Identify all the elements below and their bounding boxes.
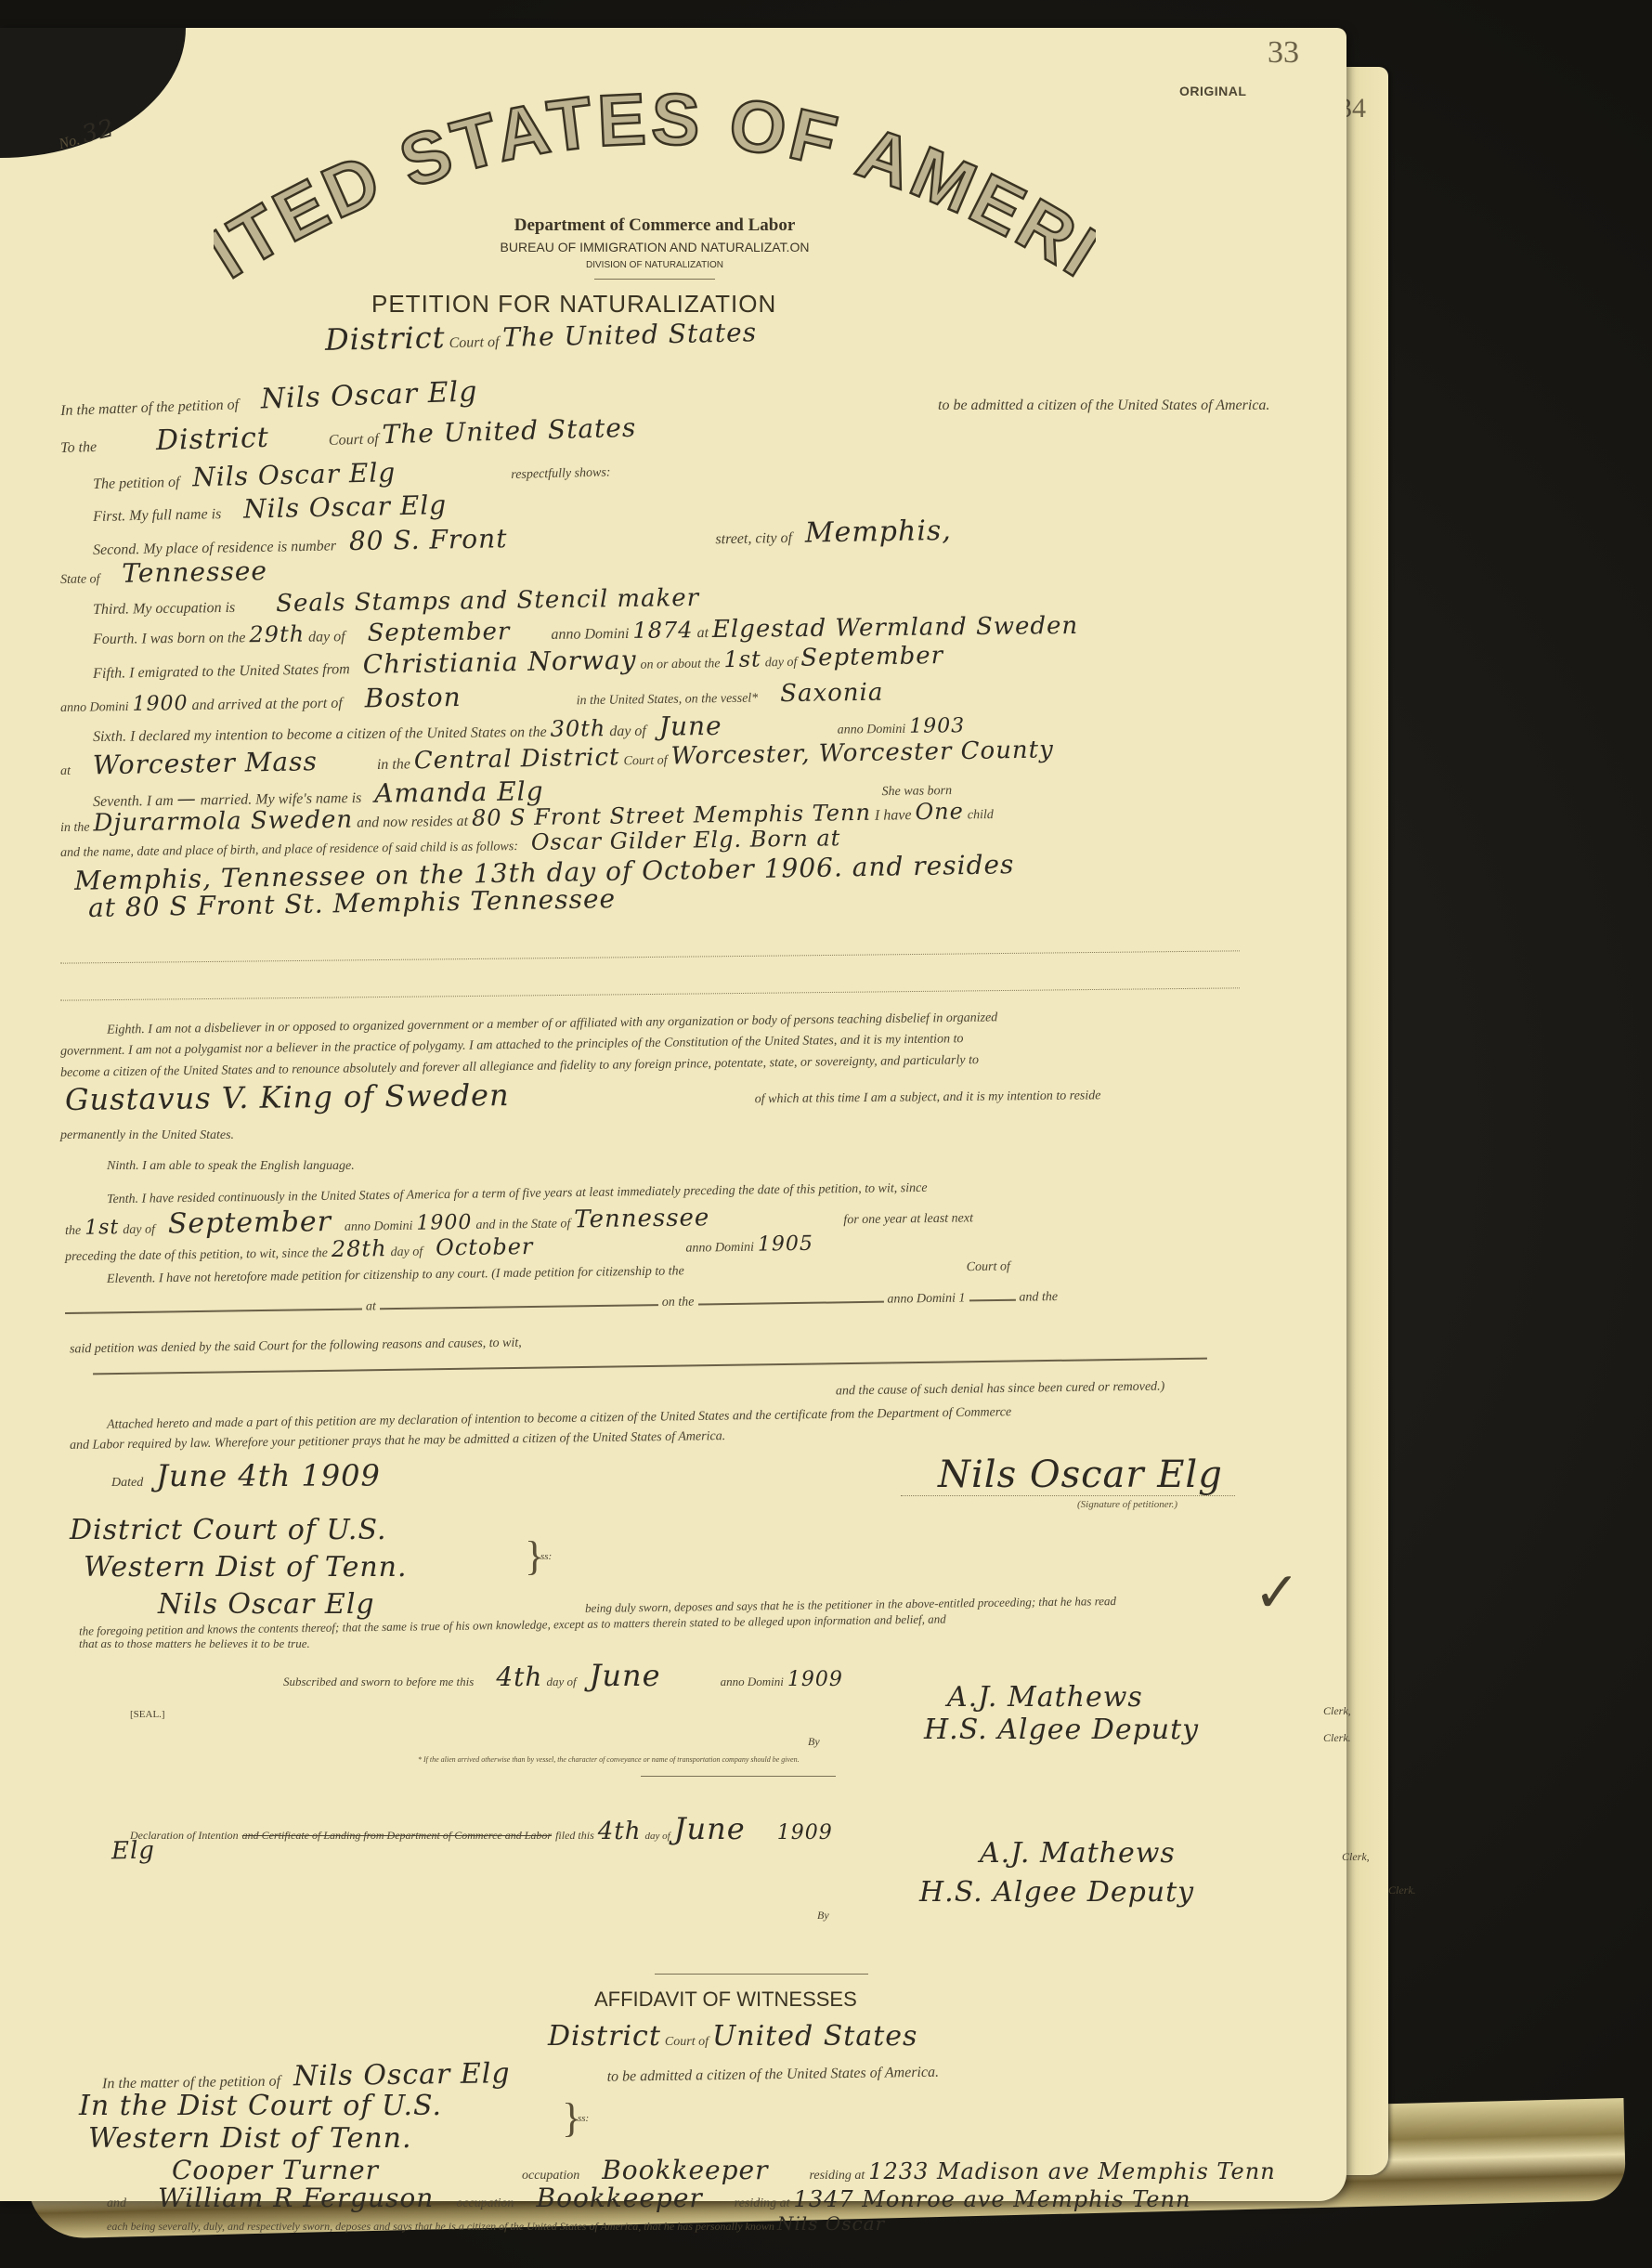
anno-domini-blank: anno Domini 1 <box>887 1291 965 1306</box>
at-label: at <box>60 764 71 778</box>
sworn-text-3: that as to those matters he believes it … <box>79 1636 310 1651</box>
by-label: By <box>808 1735 820 1749</box>
naturalization-petition-page: 33 ORIGINAL No. 32 UNITED STATES OF AMER… <box>0 28 1346 2201</box>
affidavit-body-1-text: each being severally, duly, and respecti… <box>107 2220 774 2233</box>
arrived-label: and arrived at the port of <box>191 696 342 713</box>
fifth-label: Fifth. I emigrated to the United States … <box>93 661 350 682</box>
subscribed-label: Subscribed and sworn to before me this <box>283 1675 474 1688</box>
permanently-label: permanently in the United States. <box>60 1128 234 1143</box>
street-label: street, <box>715 531 751 548</box>
deputy-clerk-label: Clerk. <box>1323 1731 1351 1745</box>
day-of-label: day of <box>546 1675 576 1688</box>
clerk-signature: A.J. Mathews <box>947 1681 1143 1714</box>
court-label: Court of <box>449 334 499 351</box>
ss-label: ss: <box>540 1551 552 1562</box>
residence-since-month: September <box>168 1206 332 1240</box>
sworn-day: 4th <box>496 1662 542 1692</box>
day-of-label: day of <box>765 656 798 671</box>
declaration-court-of: Worcester, Worcester County <box>670 736 1054 770</box>
affidavit-court-type: District <box>548 2020 661 2053</box>
children-count: One <box>915 798 964 825</box>
sworn-month: June <box>590 1658 661 1693</box>
eleventh-text: Eleventh. I have not heretofore made pet… <box>107 1264 684 1286</box>
sovereign: Gustavus V. King of Sweden <box>65 1077 510 1117</box>
blank-line <box>60 987 1240 1000</box>
vessel: Saxonia <box>780 679 884 709</box>
ninth-text: Ninth. I am able to speak the English la… <box>107 1159 355 1174</box>
occupation-label: occupation <box>522 2169 579 2183</box>
witness-row-1: Cooper Turner occupation Bookkeeper resi… <box>172 2155 1276 2185</box>
witness-occupation: Bookkeeper <box>537 2183 703 2213</box>
to-court-label: Court of <box>329 431 379 448</box>
affidavit-petitioner-name: Nils Oscar Elg <box>293 2057 511 2092</box>
witness-address: 1233 Madison ave Memphis Tenn <box>868 2158 1275 2184</box>
dated-value: June 4th 1909 <box>156 1458 381 1493</box>
first-label: First. My full name is <box>93 506 222 525</box>
birth-day: 29th <box>249 621 305 648</box>
residence-number: 80 S. Front <box>349 523 508 556</box>
dated-label: Dated <box>111 1476 143 1490</box>
blank-line <box>60 950 1240 963</box>
anno-domini-label: anno Domini <box>60 700 129 715</box>
petition-of-label: The petition of <box>93 475 180 492</box>
subject-label: of which at this time I am a subject, an… <box>755 1088 1101 1106</box>
filed-label: filed this <box>555 1829 594 1842</box>
residing-label: residing at <box>735 2196 790 2210</box>
at-label: at <box>366 1299 376 1313</box>
declaration-filed-prefix: Declaration of Intention <box>130 1829 239 1842</box>
verification-venue-1: District Court of U.S. <box>70 1514 386 1546</box>
and-in-the-label: and in the State of <box>475 1217 570 1232</box>
vessel-footnote: * If the alien arrived otherwise than by… <box>418 1755 800 1764</box>
affiant-name: Nils Oscar Elg <box>158 1588 375 1621</box>
admitted-label: to be admitted a citizen of the United S… <box>607 2065 940 2085</box>
department-name: Department of Commerce and Labor <box>214 215 1096 236</box>
signature-line <box>901 1495 1235 1496</box>
day-of-label: day of <box>123 1223 155 1237</box>
anno-domini-label: anno Domini <box>838 723 906 737</box>
and-label: and <box>107 2196 126 2210</box>
anno-domini-label: anno Domini <box>345 1219 413 1234</box>
occupation-line: Third. My occupation is Seals Stamps and… <box>93 584 700 620</box>
sixth-label: Sixth. I declared my intention to become… <box>93 724 547 745</box>
day-of-label: day of <box>308 629 345 645</box>
matter-label: In the matter of the petition of <box>60 397 239 419</box>
emigration-year: 1900 <box>132 692 188 716</box>
petitioner-name: Nils Oscar Elg <box>260 375 478 415</box>
third-label: Third. My occupation is <box>93 600 235 618</box>
seventh-label: Seventh. I am <box>93 793 174 810</box>
sworn-year: 1909 <box>787 1668 843 1691</box>
petition-of-name: Nils Oscar Elg <box>192 457 397 492</box>
one-year-label: for one year at least next <box>843 1211 973 1227</box>
attached-text-2: and Labor required by law. Wherefore you… <box>70 1429 725 1453</box>
petition-number: No. 32 <box>55 114 117 155</box>
declaration-day: 30th <box>550 715 605 742</box>
divider <box>594 279 715 280</box>
witness-occupation: Bookkeeper <box>602 2155 768 2185</box>
eleventh-blanks-line: at on the anno Domini 1 and the <box>65 1288 1058 1319</box>
in-the-label: in the <box>377 756 410 773</box>
petition-of-line: The petition of Nils Oscar Elg respectfu… <box>93 451 611 495</box>
ss-label: ss: <box>578 2113 589 2124</box>
affidavit-venue-1: In the Dist Court of U.S. <box>79 2090 442 2122</box>
children-detail-1: Oscar Gilder Elg. Born at <box>531 825 841 855</box>
arched-title: UNITED STATES OF AMERICA <box>214 65 1096 306</box>
preceding-label: preceding the date of this petition, to … <box>65 1246 328 1264</box>
signature-caption: (Signature of petitioner.) <box>1077 1499 1177 1510</box>
in-label: in the <box>60 821 90 835</box>
birth-month: September <box>367 618 510 647</box>
city: Memphis, <box>805 515 953 550</box>
residing-label: residing at <box>809 2169 865 2183</box>
anno-domini-label: anno Domini <box>551 626 629 643</box>
court-of-tail: Court of <box>967 1259 1010 1274</box>
court-of: The United States <box>502 317 757 353</box>
court-line: District Court of The United States <box>325 313 758 358</box>
petition-number-label: No. <box>58 132 82 152</box>
city-label: city of <box>755 530 792 547</box>
declaration-at: Worcester Mass <box>93 746 318 780</box>
original-label: ORIGINAL <box>1179 84 1246 98</box>
division-name: DIVISION OF NATURALIZATION <box>214 260 1096 270</box>
court-label: Court of <box>623 754 667 769</box>
affidavit-court-of: United States <box>712 2020 917 2053</box>
filed-by-label: By <box>817 1909 829 1923</box>
residence-since-day: 1st <box>85 1216 119 1240</box>
state-line: State of Tennessee <box>60 555 268 590</box>
deputy-signature: H.S. Algee Deputy <box>924 1714 1199 1746</box>
to-court-of: The United States <box>382 412 637 450</box>
married-status: — <box>176 787 196 809</box>
check-mark: ✓ <box>1254 1560 1300 1625</box>
day-of-label: day of <box>645 1831 670 1842</box>
bureau-name: BUREAU OF IMMIGRATION AND NATURALIZAT.ON <box>214 240 1096 254</box>
witness-address: 1347 Monroe ave Memphis Tenn <box>794 2186 1191 2212</box>
she-born-label: She was born <box>882 784 953 799</box>
to-the-label: To the <box>60 439 97 456</box>
occupation: Seals Stamps and Stencil maker <box>276 584 699 618</box>
anno-domini-label: anno Domini <box>721 1675 784 1688</box>
vessel-label: in the United States, on the vessel* <box>577 692 759 709</box>
birth-place: Elgestad Wermland Sweden <box>712 612 1079 644</box>
on-the-label: on the <box>662 1296 695 1310</box>
children-label: I have <box>875 807 912 824</box>
declaration-filed-line: Declaration of Intention and Certificate… <box>130 1811 833 1846</box>
affidavit-section-title: AFFIDAVIT OF WITNESSES <box>594 1988 857 2012</box>
page-number: 33 <box>1268 35 1299 71</box>
on-about-label: on or about the <box>640 657 720 671</box>
state: Tennessee <box>122 555 267 589</box>
full-name: Nils Oscar Elg <box>243 489 448 525</box>
state-since-year: 1905 <box>758 1232 813 1257</box>
court-type: District <box>325 319 446 358</box>
state-label: State of <box>60 572 100 587</box>
denied-text: said petition was denied by the said Cou… <box>70 1336 522 1358</box>
day-of-label: day of <box>609 723 646 739</box>
admitted-label: to be admitted a citizen of the United S… <box>938 398 1269 414</box>
filed-month: June <box>674 1811 746 1846</box>
divider <box>655 1974 868 1975</box>
petition-number-value: 32 <box>79 114 117 150</box>
affidavit-court-line: District Court of United States <box>548 2020 917 2053</box>
state-since-day: 28th <box>332 1235 387 1262</box>
attached-text-1: Attached hereto and made a part of this … <box>107 1405 1011 1433</box>
denied-blank <box>93 1358 1207 1375</box>
seal-label: [SEAL.] <box>130 1709 165 1720</box>
cause-text: and the cause of such denial has since b… <box>836 1380 1165 1400</box>
clerk-label: Clerk, <box>1323 1704 1351 1718</box>
arrival-port: Boston <box>364 682 461 713</box>
day-of-label: day of <box>391 1245 423 1259</box>
full-name-line: First. My full name is Nils Oscar Elg <box>93 489 448 528</box>
child-label: child <box>968 808 994 822</box>
filed-year: 1909 <box>777 1821 833 1844</box>
witness-name: Cooper Turner <box>172 2155 379 2185</box>
respectfully-label: respectfully shows: <box>511 465 611 482</box>
divider <box>641 1776 836 1777</box>
residence-state: Tennessee <box>574 1204 709 1233</box>
filed-deputy-signature: H.S. Algee Deputy <box>919 1876 1194 1909</box>
filed-day: 4th <box>598 1818 642 1845</box>
and-the-label: and the <box>1019 1290 1058 1305</box>
verification-venue-2: Western Dist of Tenn. <box>84 1551 408 1584</box>
filed-clerk-label: Clerk, <box>1342 1850 1370 1864</box>
struck-certificate-text: and Certificate of Landing from Departme… <box>242 1829 552 1842</box>
children-detail-label: and the name, date and place of birth, a… <box>60 840 518 860</box>
affidavit-body-1: each being severally, duly, and respecti… <box>107 2212 885 2235</box>
dated-line: Dated June 4th 1909 <box>111 1458 381 1493</box>
now-resides-label: and now resides at <box>357 814 468 831</box>
birth-year: 1874 <box>632 617 693 644</box>
witness-name: William R Ferguson <box>158 2183 434 2213</box>
known-name-1: Nils Oscar <box>777 2212 885 2235</box>
witness-row-2: and William R Ferguson occupation Bookke… <box>107 2183 1190 2213</box>
state-since-month: October <box>436 1233 534 1260</box>
at-label: at <box>696 625 709 641</box>
check-mark-icon: ✓ <box>1254 1562 1300 1623</box>
court-label: Court of <box>665 2035 709 2049</box>
emigration-month: September <box>800 642 943 672</box>
matter-line: In the matter of the petition of Nils Os… <box>59 375 478 423</box>
to-court-type: District <box>155 422 269 457</box>
document-title-arc: UNITED STATES OF AMERICA <box>214 65 1096 306</box>
anno-domini-label: anno Domini <box>685 1241 754 1256</box>
affidavit-venue-2: Western Dist of Tenn. <box>88 2122 412 2155</box>
declaration-court: Central District <box>414 743 620 775</box>
verification-subscribed-line: Subscribed and sworn to before me this 4… <box>283 1658 843 1693</box>
fourth-label: Fourth. I was born on the <box>93 630 246 647</box>
second-label: Second. My place of residence is number <box>93 538 336 558</box>
petitioner-signature: Nils Oscar Elg <box>938 1453 1223 1496</box>
declaration-month: June <box>659 710 722 742</box>
occupation-label: occupation <box>456 2196 514 2210</box>
residence-since-year: 1900 <box>416 1211 472 1235</box>
filed-deputy-clerk-label: Clerk. <box>1388 1883 1416 1897</box>
filed-clerk-signature: A.J. Mathews <box>980 1837 1176 1870</box>
emigrated-from: Christiania Norway <box>362 645 636 680</box>
emigration-day: 1st <box>723 645 761 672</box>
